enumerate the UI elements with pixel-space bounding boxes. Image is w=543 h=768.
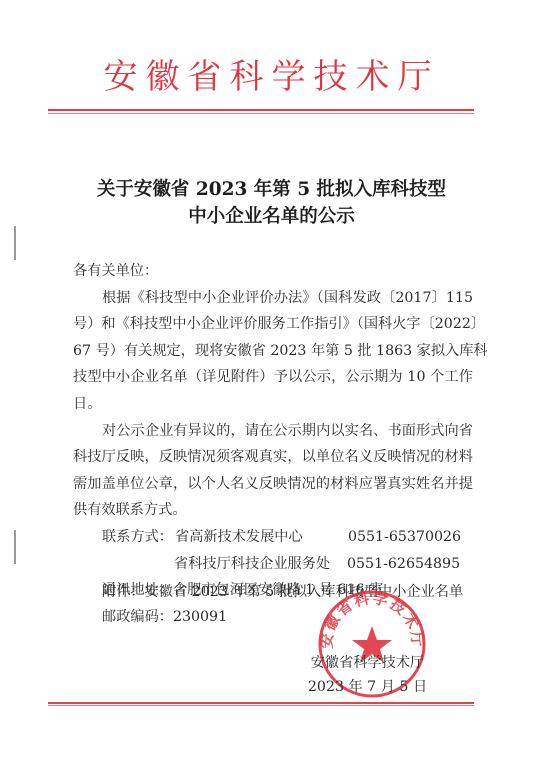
paragraph-line: 需加盖单位公章，以个人名义反映情况的材料应署真实姓名并提 <box>73 471 473 498</box>
paragraph-line: 根据《科技型中小企业评价办法》（国科发政〔2017〕115 <box>73 285 473 312</box>
postcode-value: 230091 <box>173 604 227 631</box>
contact-row: 联系方式： 省高新技术发展中心 0551-65370026 <box>73 524 473 551</box>
signature-org: 安徽省科学技术厅 <box>300 652 435 672</box>
document-title-line-2: 中小企业名单的公示 <box>0 204 543 230</box>
letterhead-rule <box>48 109 474 111</box>
contact-phone: 0551-62654895 <box>347 551 460 578</box>
letterhead-title: 安徽省科学技术厅 <box>0 57 543 97</box>
paragraph-line: 科技厅反映，反映情况须客观真实，以单位名义反映情况的材料 <box>73 444 473 471</box>
paragraph-line: 供有效联系方式。 <box>73 497 473 524</box>
paragraph-line: 技型中小企业名单（详见附件）予以公示，公示期为 10 个工作 <box>73 364 473 391</box>
postcode-label: 邮政编码： <box>73 604 173 631</box>
contact-org: 省高新技术发展中心 <box>175 524 348 551</box>
binding-mark <box>14 226 16 260</box>
contact-org: 省科技厅科技企业服务处 <box>174 551 347 578</box>
contact-row: 省科技厅科技企业服务处 0551-62654895 <box>73 551 473 578</box>
signature-date: 2023 年 7 月 5 日 <box>300 676 435 696</box>
contact-label: 联系方式： <box>73 524 175 551</box>
document-body: 各有关单位： 根据《科技型中小企业评价办法》（国科发政〔2017〕115 号）和… <box>73 258 473 630</box>
salutation: 各有关单位： <box>73 258 473 285</box>
attachment-label: 附件： <box>102 584 145 600</box>
paragraph-line: 67 号）有关规定，现将安徽省 2023 年第 5 批 1863 家拟入库科 <box>73 338 473 365</box>
document-title-line-1: 关于安徽省 2023 年第 5 批拟入库科技型 <box>0 177 543 203</box>
footer-rule-thin <box>48 705 474 706</box>
footer-rule <box>48 702 474 704</box>
letterhead-rule-thin <box>48 113 474 114</box>
binding-mark <box>14 530 16 564</box>
contact-phone: 0551-65370026 <box>348 524 461 551</box>
paragraph-line: 号）和《科技型中小企业评价服务工作指引》（国科火字〔2022〕 <box>73 311 473 338</box>
paragraph-line: 日。 <box>73 391 473 418</box>
paragraph-line: 对公示企业有异议的，请在公示期内以实名、书面形式向省 <box>73 418 473 445</box>
